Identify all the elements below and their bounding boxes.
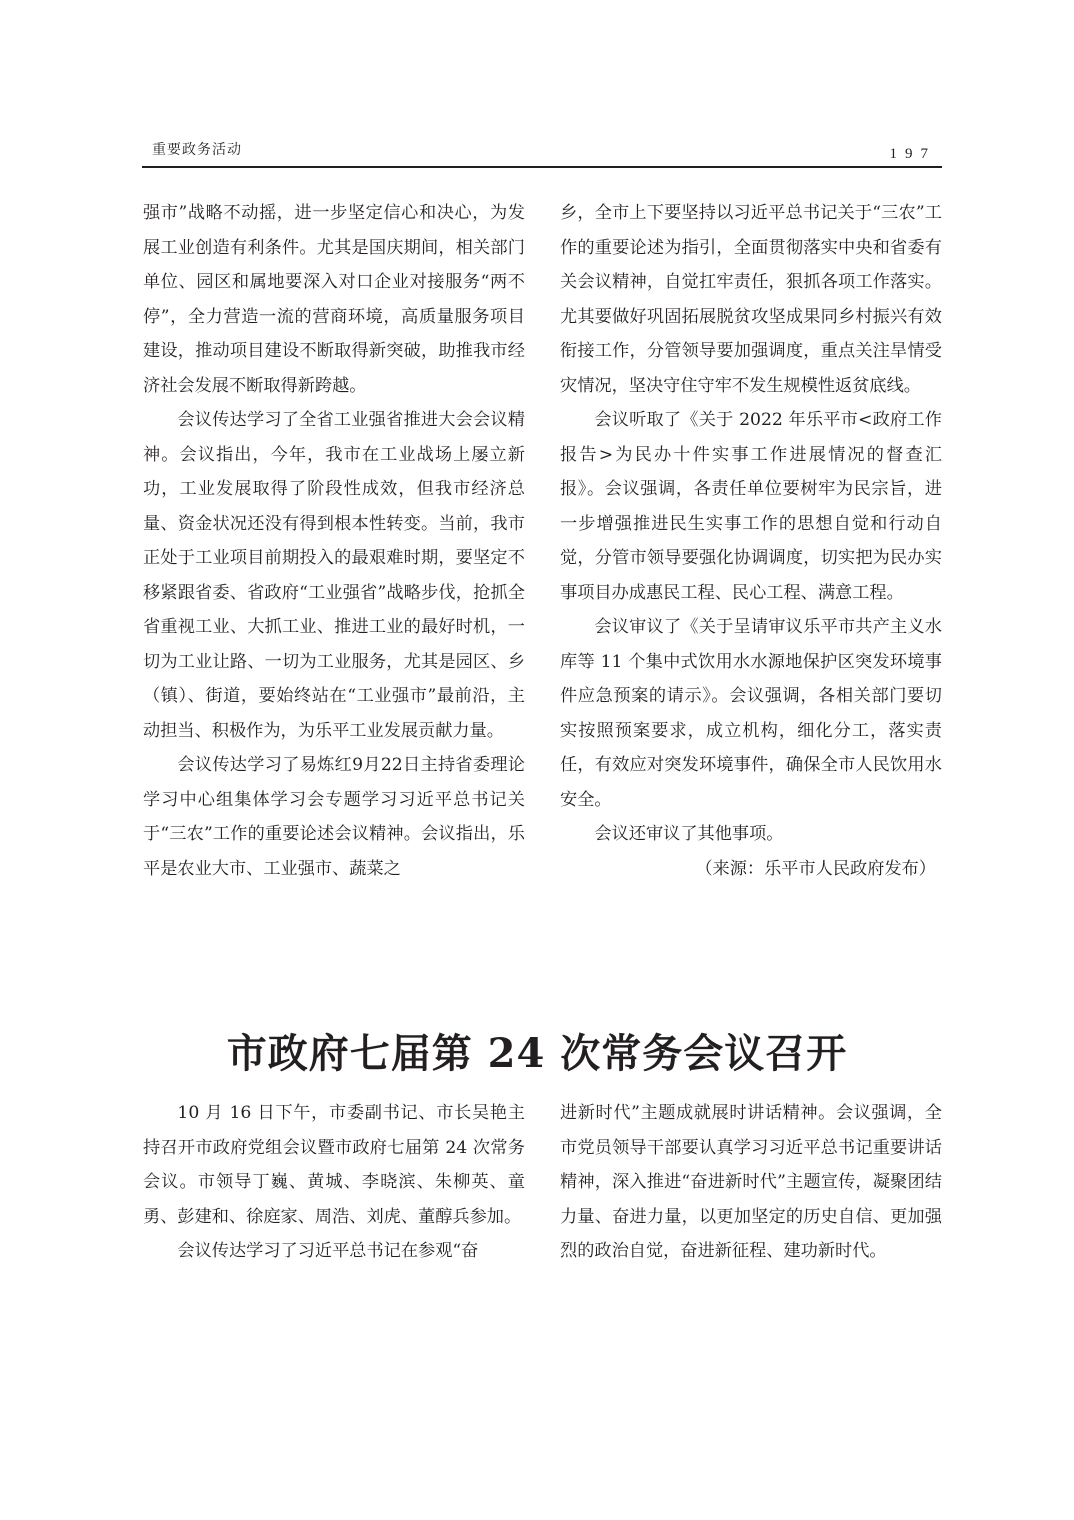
paragraph: 会议传达学习了全省工业强省推进大会会议精神。会议指出，今年，我市在工业战场上屡立… xyxy=(143,403,525,748)
source-attribution: （来源：乐平市人民政府发布） xyxy=(560,852,942,887)
article2-column-right: 进新时代”主题成就展时讲话精神。会议强调，全市党员领导干部要认真学习习近平总书记… xyxy=(560,1096,942,1269)
paragraph: 进新时代”主题成就展时讲话精神。会议强调，全市党员领导干部要认真学习习近平总书记… xyxy=(560,1096,942,1269)
paragraph: 强市”战略不动摇，进一步坚定信心和决心，为发展工业创造有利条件。尤其是国庆期间，… xyxy=(143,196,525,403)
paragraph: 会议听取了《关于 2022 年乐平市<政府工作报告>为民办十件实事工作进展情况的… xyxy=(560,403,942,610)
paragraph: 乡，全市上下要坚持以习近平总书记关于“三农”工作的重要论述为指引，全面贯彻落实中… xyxy=(560,196,942,403)
running-header: 重要政务活动 197 xyxy=(142,136,942,168)
paragraph: 会议审议了《关于呈请审议乐平市共产主义水库等 11 个集中式饮用水水源地保护区突… xyxy=(560,610,942,817)
section-title: 重要政务活动 xyxy=(152,139,242,159)
paragraph: 会议传达学习了易炼红9月22日主持省委理论学习中心组集体学习会专题学习习近平总书… xyxy=(143,748,525,886)
paragraph: 10 月 16 日下午，市委副书记、市长吴艳主持召开市政府党组会议暨市政府七届第… xyxy=(143,1096,525,1234)
paragraph: 会议传达学习了习近平总书记在参观“奋 xyxy=(143,1234,525,1269)
article1-column-right: 乡，全市上下要坚持以习近平总书记关于“三农”工作的重要论述为指引，全面贯彻落实中… xyxy=(560,196,942,886)
article2-column-left: 10 月 16 日下午，市委副书记、市长吴艳主持召开市政府党组会议暨市政府七届第… xyxy=(143,1096,525,1269)
page-number: 197 xyxy=(890,146,937,163)
article1-column-left: 强市”战略不动摇，进一步坚定信心和决心，为发展工业创造有利条件。尤其是国庆期间，… xyxy=(143,196,525,886)
paragraph: 会议还审议了其他事项。 xyxy=(560,817,942,852)
article-title: 市政府七届第 24 次常务会议召开 xyxy=(0,1022,1074,1079)
